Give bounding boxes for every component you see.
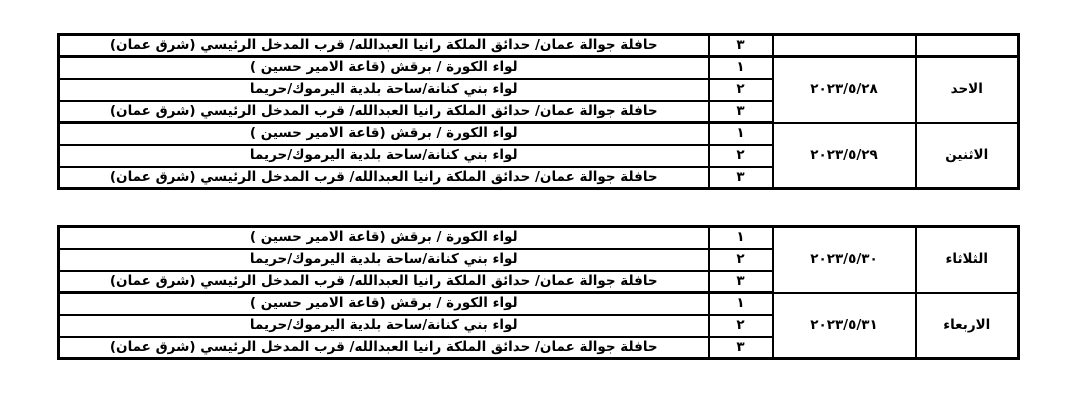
sequence-number-cell: ١ <box>709 293 773 315</box>
location-cell: حافلة جوالة عمان/ حدائق الملكة رانيا الع… <box>59 101 709 123</box>
upper-schedule-table: ٣حافلة جوالة عمان/ حدائق الملكة رانيا ال… <box>57 33 1020 190</box>
sequence-number-cell: ٣ <box>709 167 773 189</box>
sequence-number-cell: ٢ <box>709 79 773 101</box>
schedule-row: الثلاثاء٢٠٢٣/٥/٣٠١لواء الكورة / برقش (قا… <box>59 227 1019 249</box>
sequence-number-cell: ١ <box>709 227 773 249</box>
location-cell: حافلة جوالة عمان/ حدائق الملكة رانيا الع… <box>59 167 709 189</box>
sequence-number-cell: ١ <box>709 57 773 79</box>
date-cell <box>773 35 916 57</box>
sequence-number-cell: ٢ <box>709 249 773 271</box>
date-cell: ٢٠٢٣/٥/٢٩ <box>773 123 916 189</box>
location-cell: لواء بني كنانة/ساحة بلدية اليرموك/حريما <box>59 249 709 271</box>
schedule-row: الاربعاء٢٠٢٣/٥/٣١١لواء الكورة / برقش (قا… <box>59 293 1019 315</box>
location-cell: لواء الكورة / برقش (قاعة الامير حسين ) <box>59 123 709 145</box>
sequence-number-cell: ٣ <box>709 35 773 57</box>
sequence-number-cell: ٣ <box>709 337 773 359</box>
location-cell: لواء الكورة / برقش (قاعة الامير حسين ) <box>59 293 709 315</box>
location-cell: حافلة جوالة عمان/ حدائق الملكة رانيا الع… <box>59 271 709 293</box>
day-cell: الاربعاء <box>916 293 1019 359</box>
day-cell: الثلاثاء <box>916 227 1019 293</box>
day-cell <box>916 35 1019 57</box>
location-cell: لواء بني كنانة/ساحة بلدية اليرموك/حريما <box>59 315 709 337</box>
sequence-number-cell: ٢ <box>709 145 773 167</box>
date-cell: ٢٠٢٣/٥/٢٨ <box>773 57 916 123</box>
location-cell: لواء بني كنانة/ساحة بلدية اليرموك/حريما <box>59 145 709 167</box>
sequence-number-cell: ٢ <box>709 315 773 337</box>
sequence-number-cell: ٣ <box>709 271 773 293</box>
location-cell: حافلة جوالة عمان/ حدائق الملكة رانيا الع… <box>59 337 709 359</box>
date-cell: ٢٠٢٣/٥/٣٠ <box>773 227 916 293</box>
sequence-number-cell: ١ <box>709 123 773 145</box>
location-cell: حافلة جوالة عمان/ حدائق الملكة رانيا الع… <box>59 35 709 57</box>
schedule-row: الاحد٢٠٢٣/٥/٢٨١لواء الكورة / برقش (قاعة … <box>59 57 1019 79</box>
date-cell: ٢٠٢٣/٥/٣١ <box>773 293 916 359</box>
schedule-row: الاثنين٢٠٢٣/٥/٢٩١لواء الكورة / برقش (قاع… <box>59 123 1019 145</box>
document-page: ٣حافلة جوالة عمان/ حدائق الملكة رانيا ال… <box>0 0 1080 409</box>
sequence-number-cell: ٣ <box>709 101 773 123</box>
lower-schedule-table: الثلاثاء٢٠٢٣/٥/٣٠١لواء الكورة / برقش (قا… <box>57 225 1020 360</box>
day-cell: الاثنين <box>916 123 1019 189</box>
schedule-row: ٣حافلة جوالة عمان/ حدائق الملكة رانيا ال… <box>59 35 1019 57</box>
location-cell: لواء بني كنانة/ساحة بلدية اليرموك/حريما <box>59 79 709 101</box>
location-cell: لواء الكورة / برقش (قاعة الامير حسين ) <box>59 227 709 249</box>
day-cell: الاحد <box>916 57 1019 123</box>
location-cell: لواء الكورة / برقش (قاعة الامير حسين ) <box>59 57 709 79</box>
